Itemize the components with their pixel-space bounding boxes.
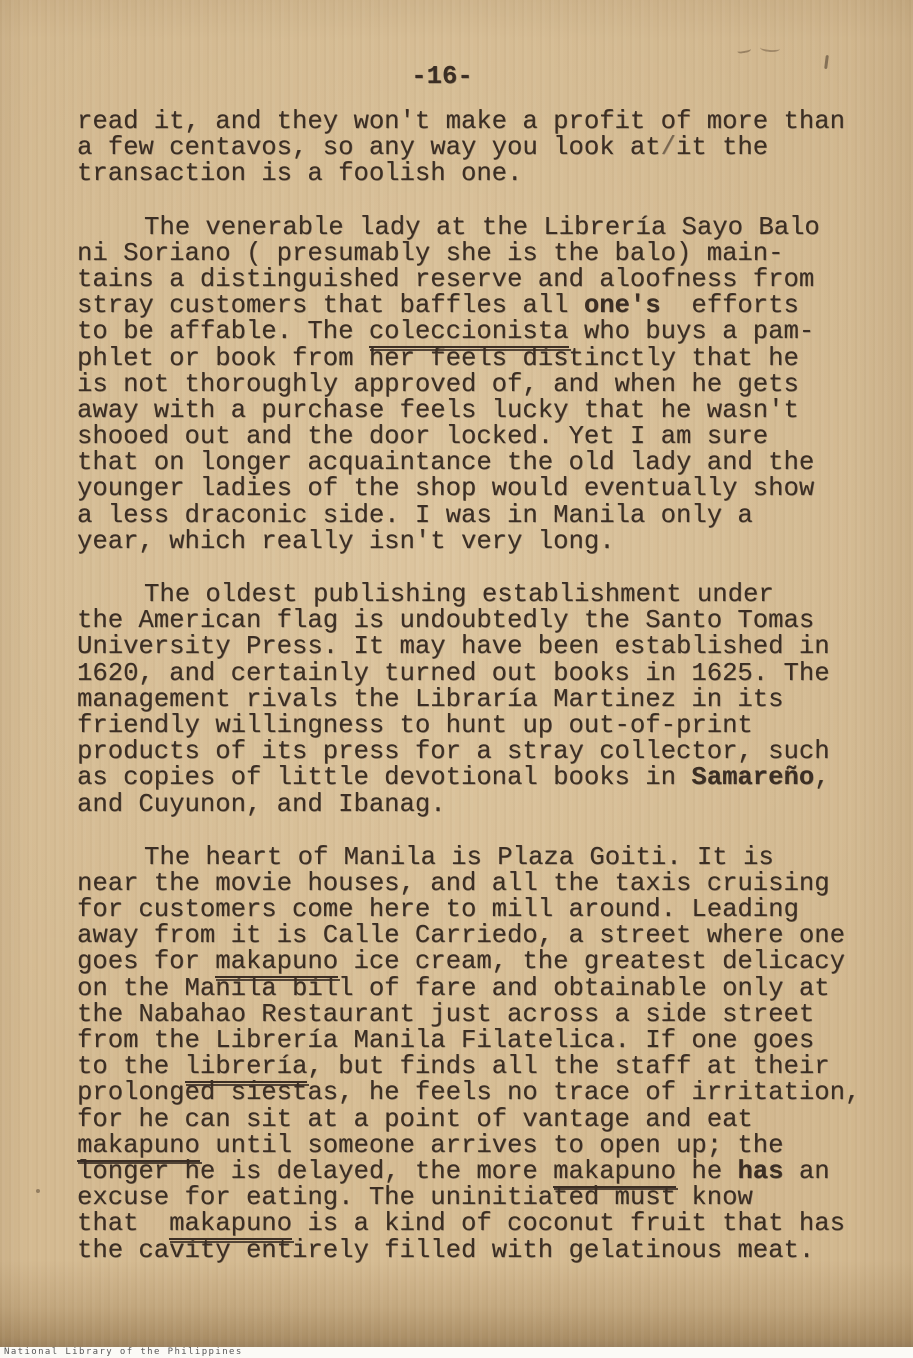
text-line: as copies of little devotional books in … — [77, 765, 887, 791]
text-line: away from it is Calle Carriedo, a street… — [77, 923, 887, 949]
underlined-word: librería — [185, 1052, 308, 1083]
text-line: that on longer acquaintance the old lady… — [77, 450, 887, 476]
text-line: transaction is a foolish one. — [77, 161, 887, 187]
text-line: University Press. It may have been estab… — [77, 634, 887, 660]
text-line: that makapuno is a kind of coconut fruit… — [77, 1211, 887, 1237]
scanned-page: -16- read it, and they won't make a prof… — [0, 0, 913, 1347]
text-segment: to be affable. The — [77, 317, 369, 346]
pencil-slash-mark: / — [661, 133, 676, 162]
text-segment: on the Manila bill of fare and obtainabl… — [77, 974, 830, 1003]
text-segment: it the — [676, 133, 768, 162]
text-line: a less draconic side. I was in Manila on… — [77, 503, 887, 529]
text-segment: as copies of little devotional books in — [77, 763, 691, 792]
paragraph: The oldest publishing establishment unde… — [77, 582, 887, 818]
text-segment: younger ladies of the shop would eventua… — [77, 474, 814, 503]
text-line: goes for makapuno ice cream, the greates… — [77, 949, 887, 975]
text-line: products of its press for a stray collec… — [77, 739, 887, 765]
underlined-word: coleccionista — [369, 317, 569, 348]
text-segment: year, which really isn't very long. — [77, 527, 615, 556]
text-segment: The venerable lady at the Librería Sayo … — [144, 213, 820, 242]
text-segment: from the Librería Manila Filatelica. If … — [77, 1026, 814, 1055]
text-segment: 1620, and certainly turned out books in … — [77, 659, 830, 688]
text-line: to the librería, but finds all the staff… — [77, 1054, 887, 1080]
bold-word: has — [737, 1157, 783, 1186]
footer-attribution: National Library of the Philippines — [4, 1347, 243, 1357]
stray-pencil-mark — [760, 43, 781, 52]
text-segment: shooed out and the door locked. Yet I am… — [77, 422, 768, 451]
text-line: away with a purchase feels lucky that he… — [77, 398, 887, 424]
text-line: excuse for eating. The uninitiated must … — [77, 1185, 887, 1211]
text-segment: stray customers that baffles all — [77, 291, 584, 320]
paragraph: The heart of Manila is Plaza Goiti. It i… — [77, 845, 887, 1264]
bold-word: one's — [584, 291, 661, 320]
stray-margin-dot — [36, 1189, 40, 1193]
text-segment: friendly willingness to hunt up out-of-p… — [77, 711, 753, 740]
text-segment: away with a purchase feels lucky that he… — [77, 396, 799, 425]
stray-pencil-mark — [736, 45, 751, 54]
text-segment: transaction is a foolish one. — [77, 159, 522, 188]
text-segment: The oldest publishing establishment unde… — [144, 580, 774, 609]
text-line: The oldest publishing establishment unde… — [77, 582, 887, 608]
text-line: for customers come here to mill around. … — [77, 897, 887, 923]
text-line: a few centavos, so any way you look at/i… — [77, 135, 887, 161]
text-segment: ni Soriano ( presumably she is the balo)… — [77, 239, 784, 268]
text-segment: to the — [77, 1052, 185, 1081]
text-line: friendly willingness to hunt up out-of-p… — [77, 713, 887, 739]
text-line: from the Librería Manila Filatelica. If … — [77, 1028, 887, 1054]
text-segment: and Cuyunon, and Ibanag. — [77, 790, 446, 819]
text-segment: tains a distinguished reserve and aloofn… — [77, 265, 814, 294]
text-segment: that — [77, 1209, 169, 1238]
text-line: the Nabahao Restaurant just across a sid… — [77, 1002, 887, 1028]
text-segment: The heart of Manila is Plaza Goiti. It i… — [144, 843, 774, 872]
text-segment: that on longer acquaintance the old lady… — [77, 448, 814, 477]
text-segment: University Press. It may have been estab… — [77, 632, 830, 661]
text-line: the American flag is undoubtedly the San… — [77, 608, 887, 634]
text-line: The heart of Manila is Plaza Goiti. It i… — [77, 845, 887, 871]
paragraph: The venerable lady at the Librería Sayo … — [77, 215, 887, 555]
text-line: read it, and they won't make a profit of… — [77, 109, 887, 135]
bold-word: Samareño — [691, 763, 814, 792]
text-segment: a less draconic side. I was in Manila on… — [77, 501, 753, 530]
text-line: stray customers that baffles all one's e… — [77, 293, 887, 319]
text-segment: the American flag is undoubtedly the San… — [77, 606, 814, 635]
text-line: on the Manila bill of fare and obtainabl… — [77, 976, 887, 1002]
text-line: is not thoroughly approved of, and when … — [77, 372, 887, 398]
text-line: to be affable. The coleccionista who buy… — [77, 319, 887, 345]
text-segment: the Nabahao Restaurant just across a sid… — [77, 1000, 814, 1029]
text-line: and Cuyunon, and Ibanag. — [77, 792, 887, 818]
paragraph: read it, and they won't make a profit of… — [77, 109, 887, 188]
text-line: year, which really isn't very long. — [77, 529, 887, 555]
text-segment: read it, and they won't make a profit of… — [77, 107, 845, 136]
text-segment: for customers come here to mill around. … — [77, 895, 799, 924]
text-segment: he — [676, 1157, 737, 1186]
underlined-word: makapuno — [77, 1131, 200, 1162]
text-line: The venerable lady at the Librería Sayo … — [77, 215, 887, 241]
text-line: tains a distinguished reserve and aloofn… — [77, 267, 887, 293]
text-segment: near the movie houses, and all the taxis… — [77, 869, 830, 898]
footer-strip: National Library of the Philippines — [0, 1347, 913, 1358]
text-segment: , but finds all the staff at their — [307, 1052, 829, 1081]
text-segment: products of its press for a stray collec… — [77, 737, 830, 766]
text-segment: until someone arrives to open up; the — [200, 1131, 784, 1160]
text-segment: away from it is Calle Carriedo, a street… — [77, 921, 845, 950]
text-segment: for he can sit at a point of vantage and… — [77, 1105, 753, 1134]
text-segment: , — [814, 763, 829, 792]
text-segment: is a kind of coconut fruit that has — [292, 1209, 845, 1238]
text-line: shooed out and the door locked. Yet I am… — [77, 424, 887, 450]
text-segment: ice cream, the greatest delicacy — [338, 947, 845, 976]
text-line: makapuno until someone arrives to open u… — [77, 1133, 887, 1159]
text-line: younger ladies of the shop would eventua… — [77, 476, 887, 502]
page-number: -16- — [0, 62, 884, 91]
text-segment: a few centavos, so any way you look at — [77, 133, 661, 162]
text-segment: goes for — [77, 947, 215, 976]
underlined-word: makapuno — [169, 1209, 292, 1240]
text-segment: efforts — [661, 291, 799, 320]
text-line: management rivals the Libraría Martinez … — [77, 687, 887, 713]
text-line: for he can sit at a point of vantage and… — [77, 1107, 887, 1133]
document-body: read it, and they won't make a profit of… — [77, 109, 887, 1291]
text-segment: management rivals the Libraría Martinez … — [77, 685, 784, 714]
text-segment: an — [784, 1157, 830, 1186]
text-segment: who buys a pam- — [569, 317, 815, 346]
text-line: ni Soriano ( presumably she is the balo)… — [77, 241, 887, 267]
text-line: near the movie houses, and all the taxis… — [77, 871, 887, 897]
text-line: 1620, and certainly turned out books in … — [77, 661, 887, 687]
underlined-word: makapuno — [553, 1157, 676, 1188]
underlined-word: makapuno — [215, 947, 338, 978]
text-segment: is not thoroughly approved of, and when … — [77, 370, 799, 399]
